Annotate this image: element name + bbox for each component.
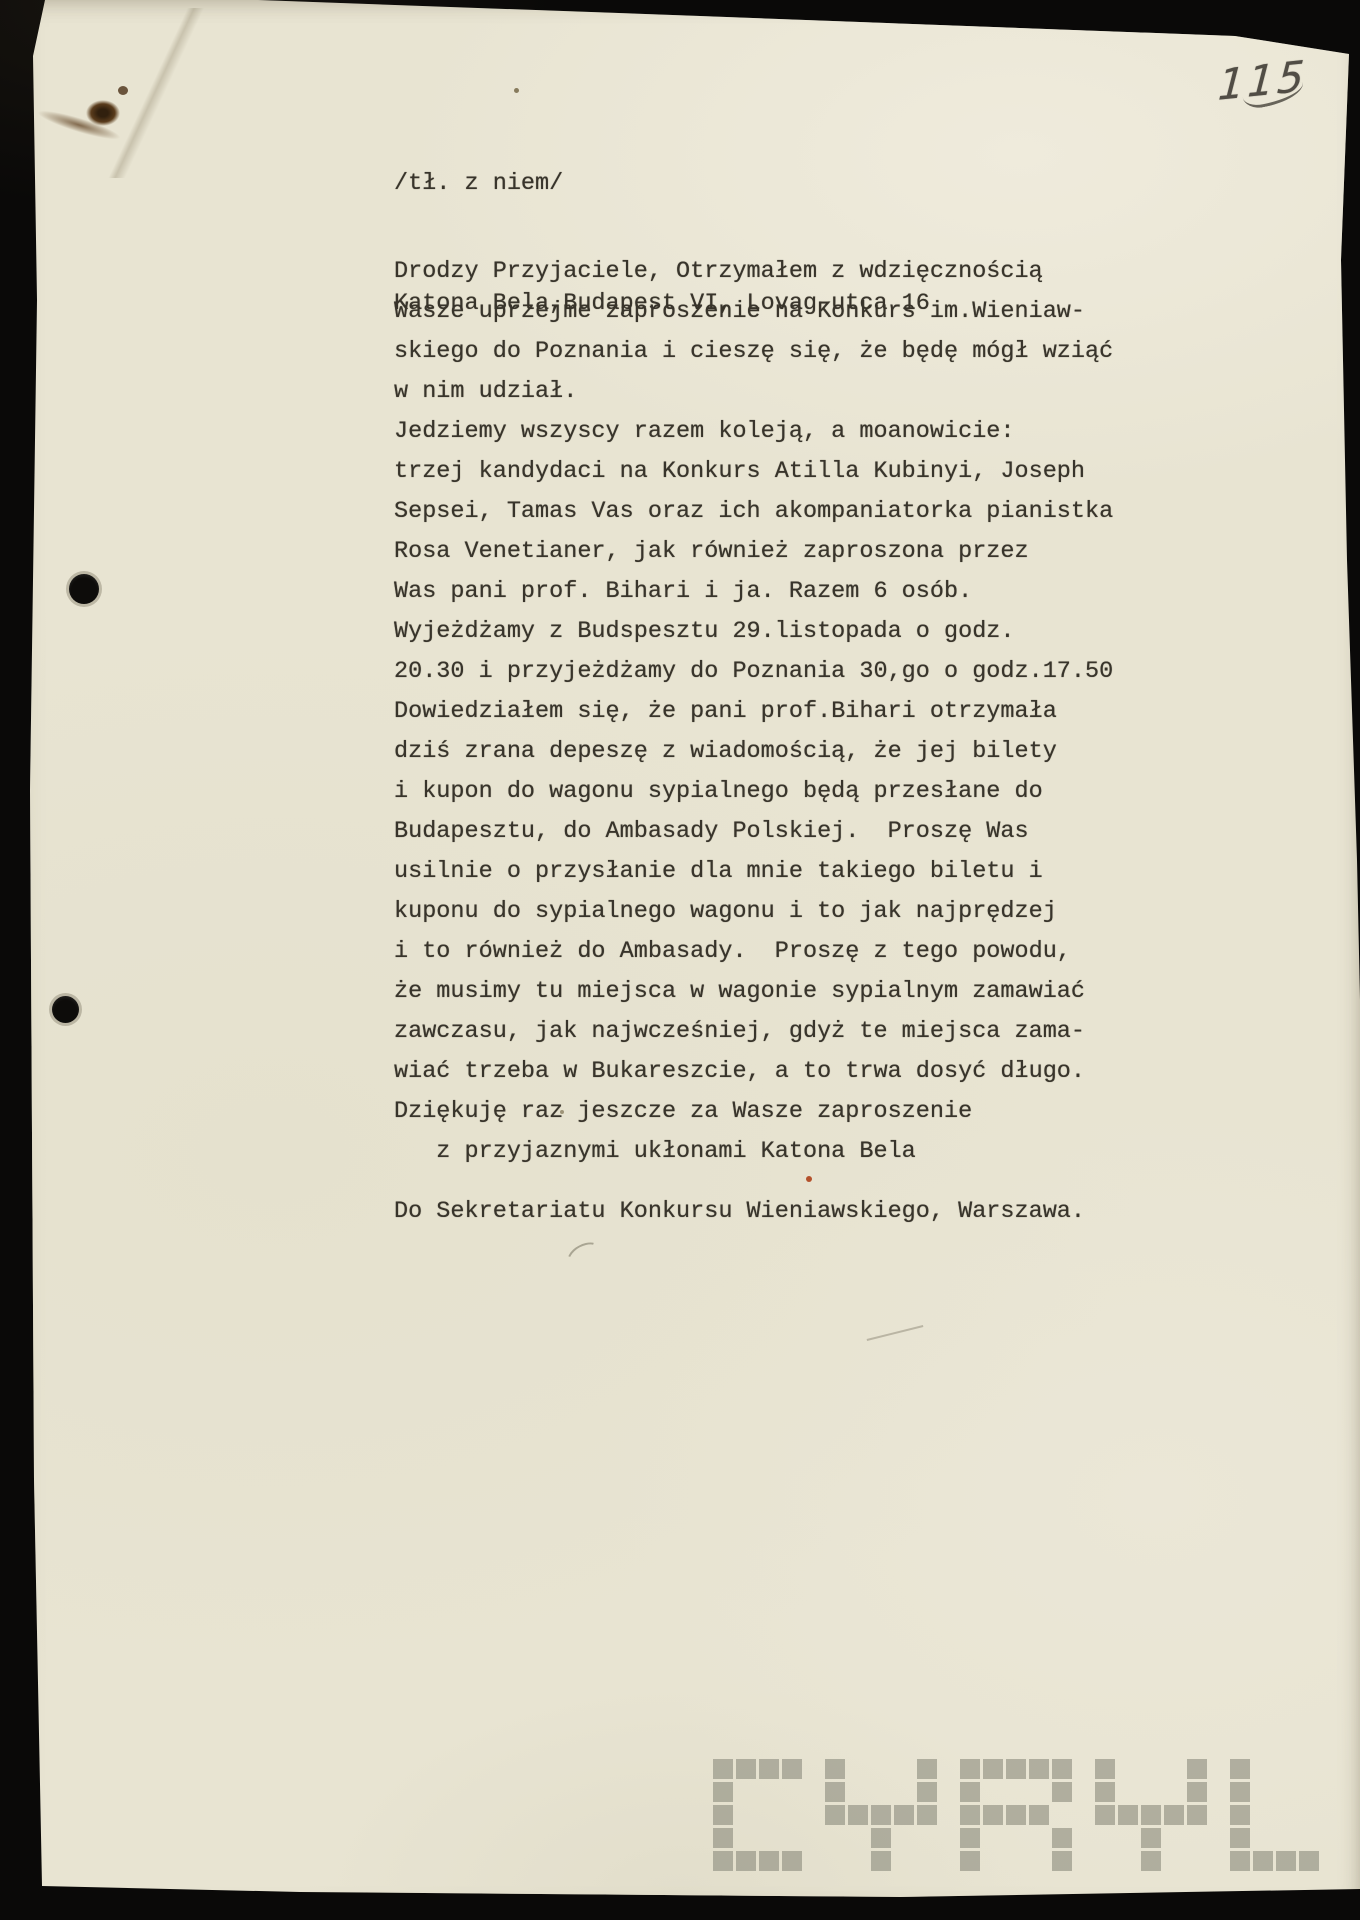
watermark-cell	[983, 1759, 1003, 1779]
watermark-cell	[871, 1828, 891, 1848]
watermark-cell	[1253, 1805, 1273, 1825]
watermark-cell	[1141, 1828, 1161, 1848]
watermark-cell	[1029, 1828, 1049, 1848]
text-line: usilnie o przysłanie dla mnie takiego bi…	[394, 852, 1113, 892]
watermark-cell	[1095, 1828, 1115, 1848]
watermark-cell	[825, 1805, 845, 1825]
watermark-cell	[1029, 1759, 1049, 1779]
watermark-cell	[1164, 1828, 1184, 1848]
document-page: 115 /tł. z niem/ Katona Bela,Budapest VI…	[0, 0, 1360, 1920]
watermark-cell	[1299, 1782, 1319, 1802]
watermark-cell	[1253, 1782, 1273, 1802]
watermark-cell	[1230, 1782, 1250, 1802]
ink-stain-dot	[118, 86, 128, 95]
watermark-cell	[1276, 1851, 1296, 1871]
watermark-cell	[1052, 1759, 1072, 1779]
watermark-cell	[759, 1805, 779, 1825]
watermark-cell	[1164, 1759, 1184, 1779]
watermark-cell	[1006, 1828, 1026, 1848]
watermark-cell	[960, 1828, 980, 1848]
text-line: Was pani prof. Bihari i ja. Razem 6 osób…	[394, 572, 1113, 612]
watermark-cell	[1164, 1851, 1184, 1871]
watermark-cell	[1187, 1805, 1207, 1825]
watermark-cell	[713, 1759, 733, 1779]
text-line: i kupon do wagonu sypialnego będą przesł…	[394, 772, 1113, 812]
watermark-cell	[713, 1851, 733, 1871]
watermark-cell	[1052, 1828, 1072, 1848]
watermark-cell	[825, 1782, 845, 1802]
watermark-cell	[759, 1851, 779, 1871]
watermark-cell	[960, 1782, 980, 1802]
watermark-cell	[782, 1805, 802, 1825]
watermark-letter-c	[713, 1759, 802, 1871]
text-line: Drodzy Przyjaciele, Otrzymałem z wdzięcz…	[394, 252, 1113, 292]
text-line: dziś zrana depeszę z wiadomością, że jej…	[394, 732, 1113, 772]
watermark-cell	[736, 1782, 756, 1802]
watermark-cell	[736, 1759, 756, 1779]
watermark-cell	[894, 1805, 914, 1825]
text-line: Wasze uprzejme zaproszenie na Konkurs im…	[394, 292, 1113, 332]
watermark-cell	[1299, 1828, 1319, 1848]
watermark-cell	[1095, 1759, 1115, 1779]
watermark-cell	[960, 1805, 980, 1825]
watermark-cell	[917, 1805, 937, 1825]
cyryl-watermark	[713, 1759, 1319, 1871]
watermark-cell	[1187, 1828, 1207, 1848]
watermark-cell	[983, 1851, 1003, 1871]
punch-hole	[52, 996, 79, 1023]
watermark-cell	[1006, 1805, 1026, 1825]
watermark-cell	[1118, 1805, 1138, 1825]
watermark-cell	[713, 1805, 733, 1825]
text-line: Jedziemy wszyscy razem koleją, a moanowi…	[394, 412, 1113, 452]
watermark-cell	[848, 1759, 868, 1779]
watermark-cell	[917, 1782, 937, 1802]
watermark-cell	[848, 1851, 868, 1871]
watermark-cell	[983, 1805, 1003, 1825]
watermark-cell	[960, 1759, 980, 1779]
watermark-cell	[1006, 1851, 1026, 1871]
scan-background: 115 /tł. z niem/ Katona Bela,Budapest VI…	[0, 0, 1360, 1920]
paper-crease	[28, 8, 288, 178]
watermark-cell	[1052, 1805, 1072, 1825]
watermark-cell	[894, 1759, 914, 1779]
watermark-cell	[1095, 1782, 1115, 1802]
watermark-cell	[1164, 1805, 1184, 1825]
text-line: Sepsei, Tamas Vas oraz ich akompaniatork…	[394, 492, 1113, 532]
text-line: w nim udział.	[394, 372, 1113, 412]
watermark-cell	[983, 1782, 1003, 1802]
watermark-cell	[759, 1759, 779, 1779]
watermark-cell	[736, 1851, 756, 1871]
text-line: i to również do Ambasady. Proszę z tego …	[394, 932, 1113, 972]
watermark-cell	[960, 1851, 980, 1871]
watermark-cell	[983, 1828, 1003, 1848]
watermark-cell	[871, 1759, 891, 1779]
watermark-cell	[1187, 1851, 1207, 1871]
watermark-cell	[1029, 1782, 1049, 1802]
watermark-cell	[1299, 1851, 1319, 1871]
watermark-cell	[1164, 1782, 1184, 1802]
watermark-cell	[736, 1828, 756, 1848]
watermark-cell	[894, 1782, 914, 1802]
watermark-cell	[1141, 1759, 1161, 1779]
watermark-cell	[894, 1851, 914, 1871]
watermark-cell	[825, 1828, 845, 1848]
watermark-cell	[1276, 1805, 1296, 1825]
watermark-cell	[1230, 1805, 1250, 1825]
watermark-letter-l	[1230, 1759, 1319, 1871]
watermark-cell	[1118, 1851, 1138, 1871]
watermark-cell	[1187, 1759, 1207, 1779]
text-line: Wyjeżdżamy z Budspesztu 29.listopada o g…	[394, 612, 1113, 652]
watermark-cell	[917, 1851, 937, 1871]
watermark-cell	[871, 1851, 891, 1871]
closing-line: Do Sekretariatu Konkursu Wieniawskiego, …	[394, 1192, 1085, 1232]
watermark-cell	[1052, 1782, 1072, 1802]
text-line: 20.30 i przyjeżdżamy do Poznania 30,go o…	[394, 652, 1113, 692]
watermark-cell	[1276, 1759, 1296, 1779]
text-line: Dziękuję raz jeszcze za Wasze zaproszeni…	[394, 1092, 1113, 1132]
punch-hole	[69, 574, 99, 604]
paper-speck-red	[806, 1176, 812, 1182]
watermark-cell	[1052, 1851, 1072, 1871]
watermark-cell	[1253, 1759, 1273, 1779]
watermark-cell	[825, 1759, 845, 1779]
watermark-cell	[1141, 1782, 1161, 1802]
watermark-cell	[917, 1759, 937, 1779]
watermark-cell	[1230, 1759, 1250, 1779]
text-line: że musimy tu miejsca w wagonie sypialnym…	[394, 972, 1113, 1012]
text-line: skiego do Poznania i cieszę się, że będę…	[394, 332, 1113, 372]
watermark-cell	[917, 1828, 937, 1848]
watermark-cell	[1253, 1851, 1273, 1871]
watermark-cell	[871, 1782, 891, 1802]
pencil-mark	[562, 1237, 608, 1278]
text-line: wiać trzeba w Bukareszcie, a to trwa dos…	[394, 1052, 1113, 1092]
watermark-cell	[1141, 1851, 1161, 1871]
text-line: z przyjaznymi ukłonami Katona Bela	[394, 1132, 1113, 1172]
watermark-cell	[759, 1782, 779, 1802]
text-line: Rosa Venetianer, jak również zaproszona …	[394, 532, 1113, 572]
text-line: Budapesztu, do Ambasady Polskiej. Proszę…	[394, 812, 1113, 852]
watermark-cell	[713, 1782, 733, 1802]
text-line: trzej kandydaci na Konkurs Atilla Kubiny…	[394, 452, 1113, 492]
watermark-cell	[782, 1782, 802, 1802]
watermark-cell	[782, 1828, 802, 1848]
watermark-cell	[1118, 1782, 1138, 1802]
watermark-cell	[1141, 1805, 1161, 1825]
watermark-letter-y	[1095, 1759, 1207, 1871]
watermark-cell	[871, 1805, 891, 1825]
watermark-cell	[1006, 1759, 1026, 1779]
watermark-cell	[1253, 1828, 1273, 1848]
watermark-cell	[848, 1828, 868, 1848]
watermark-cell	[782, 1851, 802, 1871]
translation-note: /tł. z niem/	[394, 164, 930, 204]
text-line: Dowiedziałem się, że pani prof.Bihari ot…	[394, 692, 1113, 732]
watermark-letter-r	[960, 1759, 1072, 1871]
watermark-cell	[1029, 1805, 1049, 1825]
pencil-mark	[867, 1325, 924, 1341]
watermark-cell	[1118, 1759, 1138, 1779]
watermark-cell	[1299, 1805, 1319, 1825]
watermark-cell	[1118, 1828, 1138, 1848]
text-line: zawczasu, jak najwcześniej, gdyż te miej…	[394, 1012, 1113, 1052]
watermark-cell	[1299, 1759, 1319, 1779]
watermark-cell	[1230, 1828, 1250, 1848]
letter-body: Drodzy Przyjaciele, Otrzymałem z wdzięcz…	[394, 252, 1113, 1172]
watermark-cell	[1029, 1851, 1049, 1871]
watermark-cell	[1276, 1782, 1296, 1802]
watermark-cell	[782, 1759, 802, 1779]
watermark-cell	[894, 1828, 914, 1848]
watermark-cell	[713, 1828, 733, 1848]
watermark-cell	[1095, 1851, 1115, 1871]
watermark-cell	[759, 1828, 779, 1848]
watermark-cell	[1006, 1782, 1026, 1802]
watermark-cell	[1095, 1805, 1115, 1825]
watermark-cell	[848, 1782, 868, 1802]
watermark-cell	[1276, 1828, 1296, 1848]
watermark-cell	[736, 1805, 756, 1825]
text-line: kuponu do sypialnego wagonu i to jak naj…	[394, 892, 1113, 932]
watermark-cell	[848, 1805, 868, 1825]
watermark-cell	[1187, 1782, 1207, 1802]
watermark-cell	[1230, 1851, 1250, 1871]
watermark-letter-y	[825, 1759, 937, 1871]
watermark-cell	[825, 1851, 845, 1871]
